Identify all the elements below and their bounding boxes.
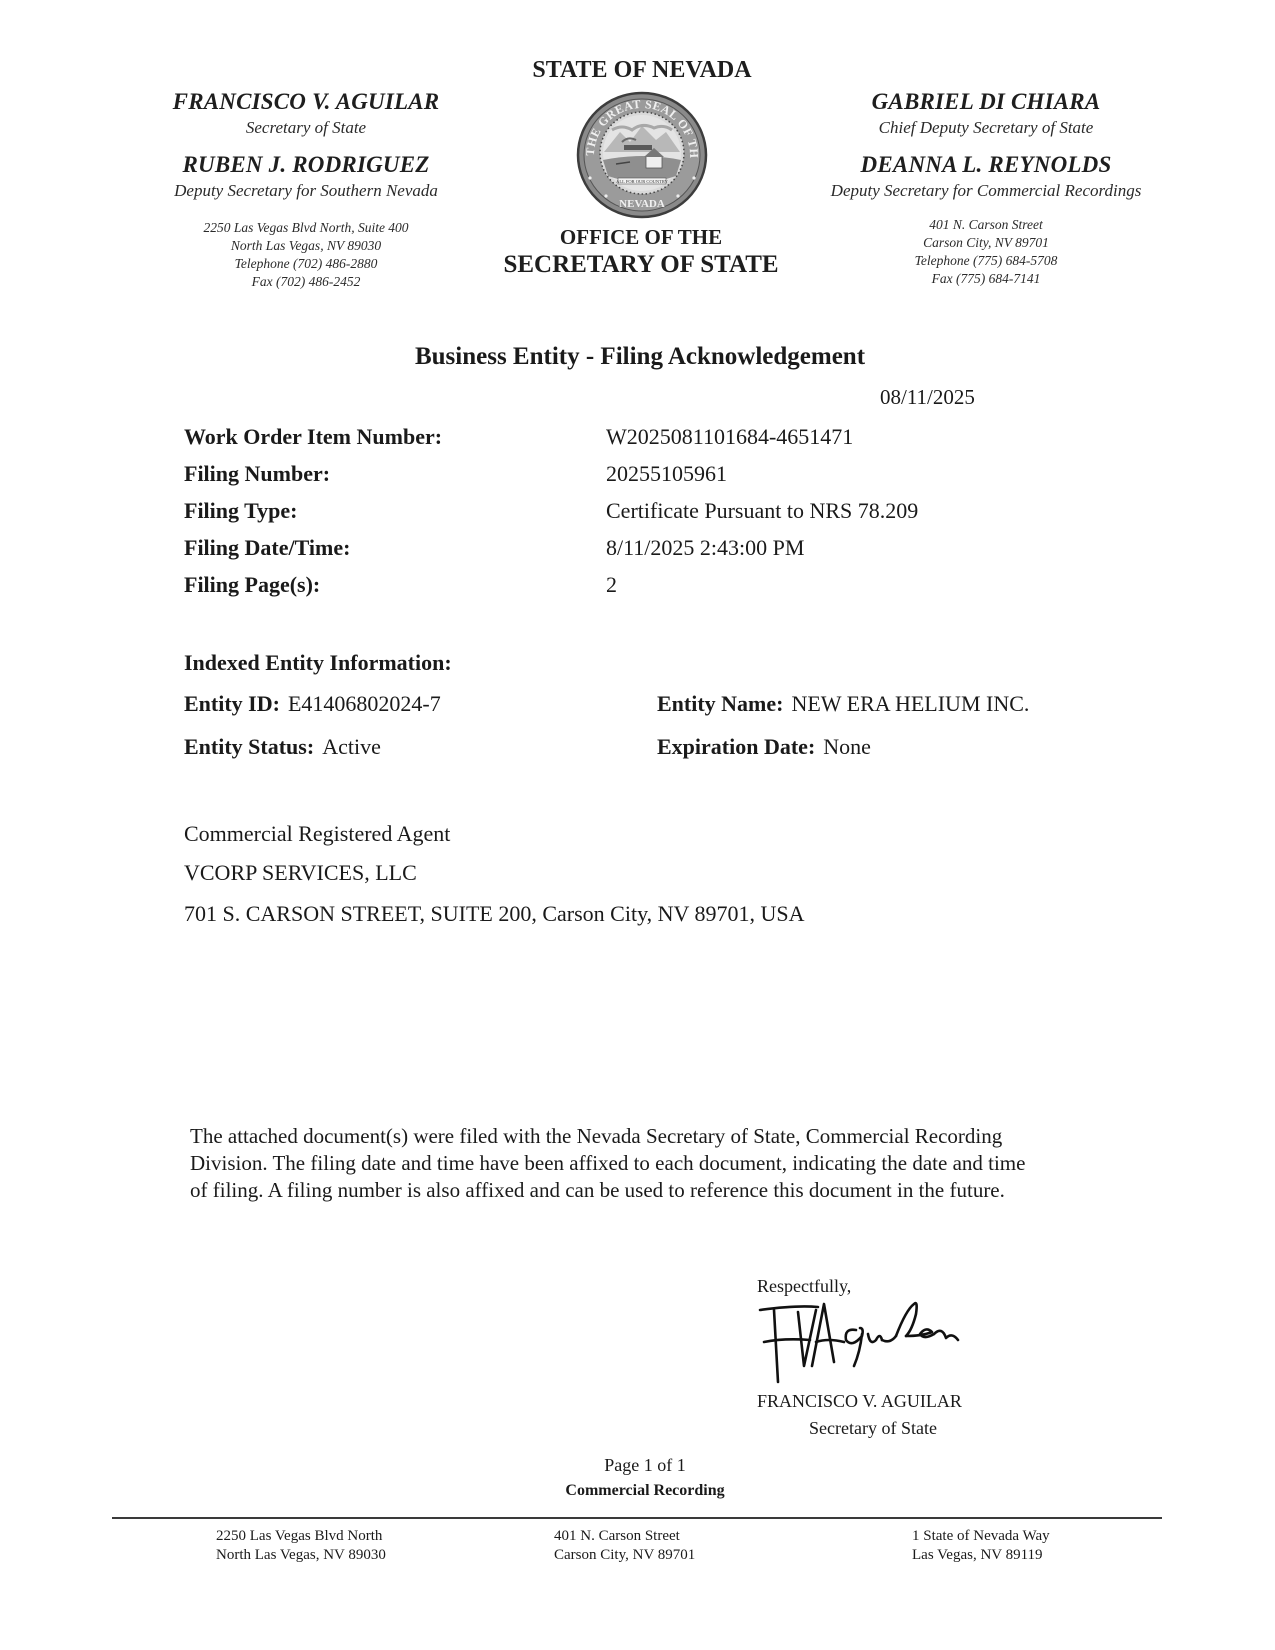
deputy-southern-title: Deputy Secretary for Southern Nevada	[174, 181, 438, 201]
entity-name-value: NEW ERA HELIUM INC.	[791, 691, 1029, 716]
footer-address-north-las-vegas: 2250 Las Vegas Blvd North North Las Vega…	[216, 1527, 386, 1565]
signer-title: Secretary of State	[809, 1418, 937, 1439]
secretary-name: FRANCISCO V. AGUILAR	[173, 89, 440, 115]
filing-datetime-label: Filing Date/Time:	[184, 535, 350, 561]
state-title: STATE OF NEVADA	[532, 57, 751, 84]
footer-address-las-vegas: 1 State of Nevada Way Las Vegas, NV 8911…	[912, 1527, 1050, 1565]
document-title: Business Entity - Filing Acknowledgement	[415, 343, 865, 371]
chief-deputy-name: GABRIEL DI CHIARA	[872, 89, 1101, 115]
svg-text:NEVADA: NEVADA	[619, 198, 665, 210]
document-date: 08/11/2025	[880, 385, 975, 410]
filing-type-value: Certificate Pursuant to NRS 78.209	[606, 498, 918, 524]
secretary-of-state-office: SECRETARY OF STATE	[503, 251, 778, 279]
entity-name-label: Entity Name:	[657, 691, 783, 716]
southern-office-address: 2250 Las Vegas Blvd North, Suite 400 Nor…	[203, 219, 408, 291]
entity-id-value: E41406802024-7	[288, 691, 441, 716]
entity-name: Entity Name: NEW ERA HELIUM INC.	[657, 691, 1029, 717]
page-number: Page 1 of 1	[604, 1455, 685, 1476]
filing-pages-value: 2	[606, 572, 617, 598]
carson-office-address: 401 N. Carson Street Carson City, NV 897…	[915, 216, 1058, 288]
signature-icon	[756, 1300, 1076, 1385]
entity-status: Entity Status: Active	[184, 734, 381, 760]
agent-name: VCORP SERVICES, LLC	[184, 860, 417, 886]
chief-deputy-title: Chief Deputy Secretary of State	[879, 118, 1094, 138]
footer-address-carson-city: 401 N. Carson Street Carson City, NV 897…	[554, 1527, 695, 1565]
agent-type: Commercial Registered Agent	[184, 821, 450, 847]
entity-id: Entity ID: E41406802024-7	[184, 691, 441, 717]
expiration-date-value: None	[823, 734, 871, 759]
office-of-the: OFFICE OF THE	[560, 225, 722, 250]
entity-status-label: Entity Status:	[184, 734, 314, 759]
svg-text:ALL FOR OUR COUNTRY: ALL FOR OUR COUNTRY	[616, 179, 668, 184]
state-seal-icon: THE GREAT SEAL OF THE STATE OF NEVADA AL…	[576, 90, 708, 220]
filing-number-value: 20255105961	[606, 461, 727, 487]
signer-name: FRANCISCO V. AGUILAR	[757, 1391, 962, 1412]
entity-id-label: Entity ID:	[184, 691, 280, 716]
work-order-value: W2025081101684-4651471	[606, 424, 853, 450]
entity-status-value: Active	[322, 734, 381, 759]
work-order-label: Work Order Item Number:	[184, 424, 442, 450]
filing-datetime-value: 8/11/2025 2:43:00 PM	[606, 535, 804, 561]
expiration-date-label: Expiration Date:	[657, 734, 815, 759]
filing-pages-label: Filing Page(s):	[184, 572, 320, 598]
deputy-commercial-name: DEANNA L. REYNOLDS	[861, 152, 1112, 178]
division-name: Commercial Recording	[565, 1482, 724, 1500]
filing-type-label: Filing Type:	[184, 498, 297, 524]
indexed-heading: Indexed Entity Information:	[184, 650, 452, 676]
agent-address: 701 S. CARSON STREET, SUITE 200, Carson …	[184, 901, 805, 927]
footer-divider	[112, 1517, 1162, 1519]
deputy-southern-name: RUBEN J. RODRIGUEZ	[182, 152, 429, 178]
closing-text: Respectfully,	[757, 1276, 851, 1297]
expiration-date: Expiration Date: None	[657, 734, 871, 760]
deputy-commercial-title: Deputy Secretary for Commercial Recordin…	[831, 181, 1142, 201]
filing-notice-paragraph: The attached document(s) were filed with…	[190, 1123, 1030, 1204]
secretary-title: Secretary of State	[246, 118, 366, 138]
filing-number-label: Filing Number:	[184, 461, 330, 487]
